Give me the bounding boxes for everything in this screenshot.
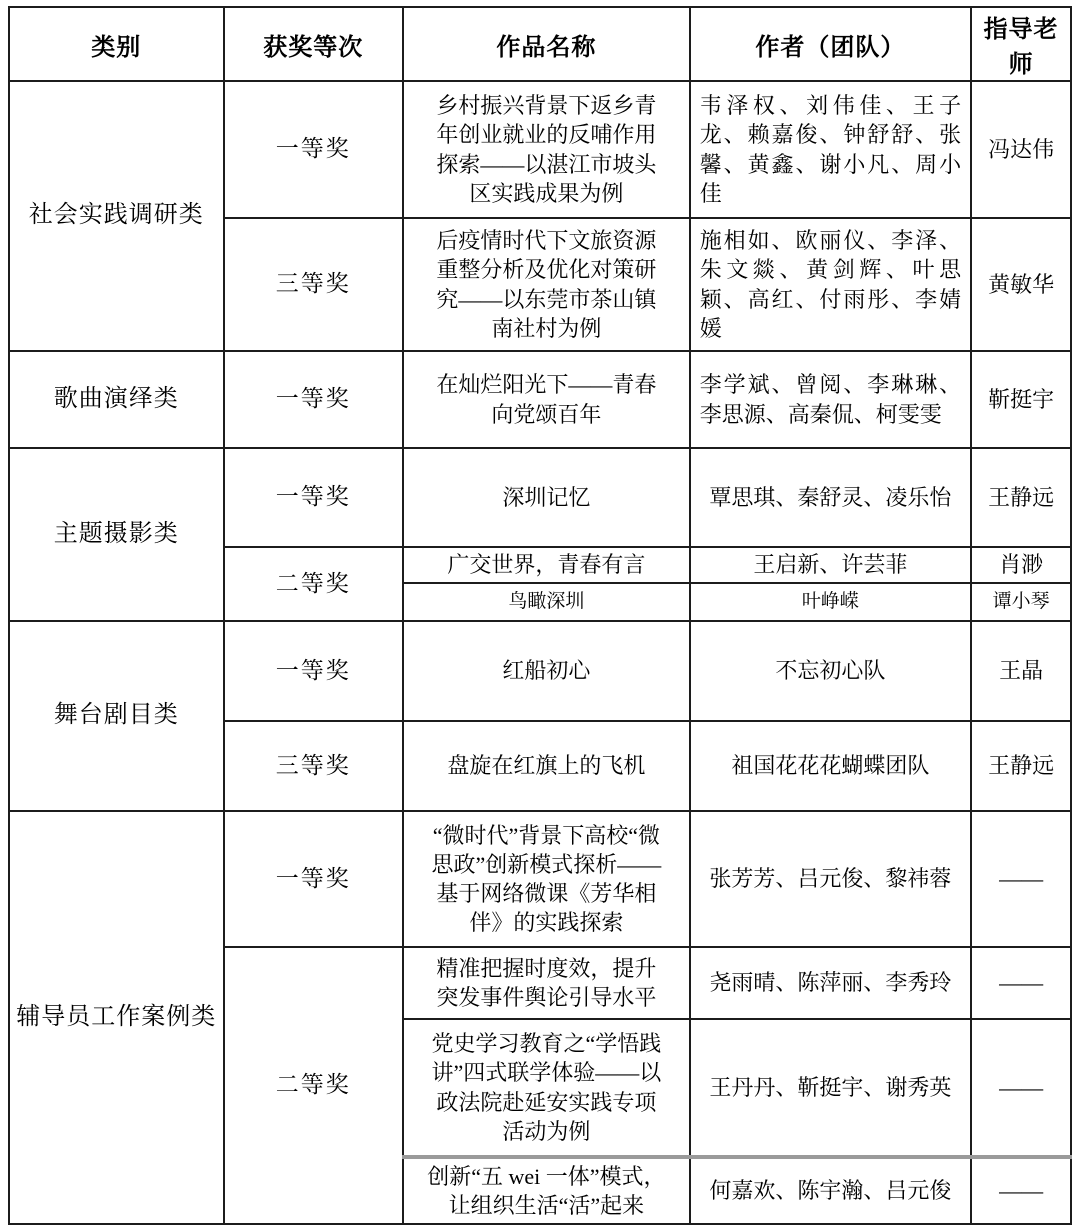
advisor-cell: 王静远 (971, 721, 1071, 811)
authors-cell: 韦泽权、刘伟佳、王子龙、赖嘉俊、钟舒舒、张馨、黄鑫、谢小凡、周小佳 (690, 81, 971, 218)
category-cell: 舞台剧目类 (9, 621, 224, 811)
work-cell: 乡村振兴背景下返乡青年创业就业的反哺作用探索——以湛江市坡头区实践成果为例 (403, 81, 690, 218)
award-cell: 一等奖 (224, 811, 403, 947)
col-header-work: 作品名称 (403, 7, 690, 81)
authors-cell: 施相如、欧丽仪、李泽、朱文燚、黄剑辉、叶思颖、高红、付雨彤、李婧媛 (690, 218, 971, 351)
authors-cell: 王启新、许芸菲 (690, 547, 971, 583)
table-row: 主题摄影类 一等奖 深圳记忆 覃思琪、秦舒灵、凌乐怡 王静远 (9, 448, 1071, 547)
work-cell: 在灿烂阳光下——青春向党颂百年 (403, 351, 690, 448)
advisor-cell: 肖渺 (971, 547, 1071, 583)
awards-table: 类别 获奖等次 作品名称 作者（团队） 指导老师 社会实践调研类 一等奖 乡村振… (8, 6, 1072, 1225)
advisor-cell: 谭小琴 (971, 583, 1071, 621)
advisor-cell: 王静远 (971, 448, 1071, 547)
work-cell: 党史学习教育之“学悟践讲”四式联学体验——以政法院赴延安实践专项活动为例 (403, 1019, 690, 1157)
advisor-cell: 冯达伟 (971, 81, 1071, 218)
authors-cell: 覃思琪、秦舒灵、凌乐怡 (690, 448, 971, 547)
authors-cell: 李学斌、曾阅、李琳琳、李思源、高秦侃、柯雯雯 (690, 351, 971, 448)
advisor-cell: —— (971, 947, 1071, 1019)
category-cell: 歌曲演绎类 (9, 351, 224, 448)
col-header-authors: 作者（团队） (690, 7, 971, 81)
document-page: 类别 获奖等次 作品名称 作者（团队） 指导老师 社会实践调研类 一等奖 乡村振… (0, 0, 1080, 1200)
work-cell: 鸟瞰深圳 (403, 583, 690, 621)
work-cell: 精准把握时度效，提升突发事件舆论引导水平 (403, 947, 690, 1019)
col-header-category: 类别 (9, 7, 224, 81)
authors-cell: 王丹丹、靳挺宇、谢秀英 (690, 1019, 971, 1157)
authors-cell: 不忘初心队 (690, 621, 971, 721)
award-cell: 二等奖 (224, 947, 403, 1224)
col-header-award: 获奖等次 (224, 7, 403, 81)
category-cell: 辅导员工作案例类 (9, 811, 224, 1224)
advisor-cell: 王晶 (971, 621, 1071, 721)
authors-cell: 何嘉欢、陈宇瀚、吕元俊 (690, 1157, 971, 1224)
authors-cell: 叶峥嵘 (690, 583, 971, 621)
award-cell: 三等奖 (224, 721, 403, 811)
work-cell: 后疫情时代下文旅资源重整分析及优化对策研究——以东莞市茶山镇南社村为例 (403, 218, 690, 351)
work-cell: 创新“五 wei 一体”模式，让组织生活“活”起来 (403, 1157, 690, 1224)
advisor-cell: —— (971, 1157, 1071, 1224)
advisor-cell: —— (971, 811, 1071, 947)
advisor-cell: 黄敏华 (971, 218, 1071, 351)
table-row: 舞台剧目类 一等奖 红船初心 不忘初心队 王晶 (9, 621, 1071, 721)
award-cell: 一等奖 (224, 621, 403, 721)
work-cell: 红船初心 (403, 621, 690, 721)
work-cell: 盘旋在红旗上的飞机 (403, 721, 690, 811)
authors-cell: 张芳芳、吕元俊、黎祎蓉 (690, 811, 971, 947)
authors-cell: 尧雨晴、陈萍丽、李秀玲 (690, 947, 971, 1019)
authors-cell: 祖国花花花蝴蝶团队 (690, 721, 971, 811)
table-row: 社会实践调研类 一等奖 乡村振兴背景下返乡青年创业就业的反哺作用探索——以湛江市… (9, 81, 1071, 218)
category-cell: 社会实践调研类 (9, 81, 224, 351)
advisor-cell: 靳挺宇 (971, 351, 1071, 448)
award-cell: 一等奖 (224, 81, 403, 218)
advisor-cell: —— (971, 1019, 1071, 1157)
table-row: 辅导员工作案例类 一等奖 “微时代”背景下高校“微思政”创新模式探析——基于网络… (9, 811, 1071, 947)
award-cell: 一等奖 (224, 351, 403, 448)
header-row: 类别 获奖等次 作品名称 作者（团队） 指导老师 (9, 7, 1071, 81)
table-row: 歌曲演绎类 一等奖 在灿烂阳光下——青春向党颂百年 李学斌、曾阅、李琳琳、李思源… (9, 351, 1071, 448)
category-cell: 主题摄影类 (9, 448, 224, 621)
work-cell: “微时代”背景下高校“微思政”创新模式探析——基于网络微课《芳华相伴》的实践探索 (403, 811, 690, 947)
award-cell: 一等奖 (224, 448, 403, 547)
award-cell: 二等奖 (224, 547, 403, 621)
award-cell: 三等奖 (224, 218, 403, 351)
col-header-advisor: 指导老师 (971, 7, 1071, 81)
work-cell: 广交世界，青春有言 (403, 547, 690, 583)
work-cell: 深圳记忆 (403, 448, 690, 547)
